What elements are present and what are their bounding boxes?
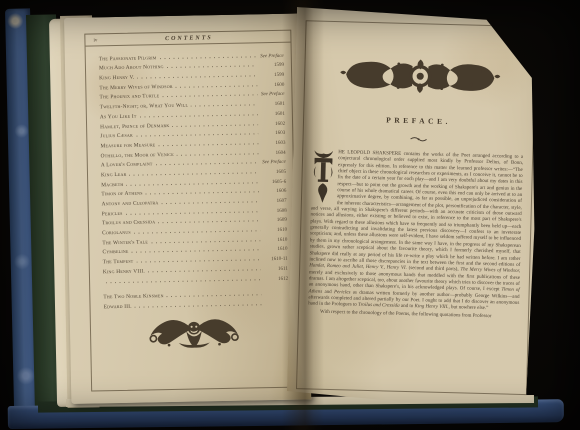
play-title: Much Ado About Nothing: [99, 64, 164, 71]
play-date: 1611: [264, 267, 288, 272]
dot-leader: [106, 279, 261, 283]
play-title: King Henry V.: [99, 75, 134, 82]
dot-leader: [135, 304, 262, 307]
preface-text-segment: King Henry VIII.,: [414, 304, 449, 310]
play-date: 1610-11: [264, 257, 288, 262]
play-date: 1612: [264, 276, 288, 281]
play-date: 1601: [261, 112, 285, 117]
preface-paragraph: HE LEOPOLD SHAKSPERE contains the works …: [308, 149, 523, 313]
play-title: Antony and Cleopatra: [102, 200, 159, 207]
play-title: Cymbeline: [102, 249, 128, 255]
play-date: See Preface: [260, 53, 284, 58]
play-date: 1606: [262, 189, 286, 194]
squiggle-divider-icon: [409, 136, 427, 142]
play-date: 1603: [261, 131, 285, 136]
play-title: Julius Cæsar: [100, 133, 133, 140]
play-title: Macbeth: [101, 182, 123, 188]
preface-page: PREFACE.: [287, 7, 557, 406]
preface-heading: PREFACE.: [304, 113, 533, 128]
play-date: 1609: [263, 218, 287, 223]
drop-cap-initial: [311, 149, 335, 204]
play-title: The Passionate Pilgrim: [99, 55, 157, 62]
preface-text-segment: Pericles: [334, 290, 351, 295]
play-date: 1610: [263, 238, 287, 243]
play-title: As You Like It: [100, 113, 137, 120]
play-date: 1602: [261, 121, 285, 126]
play-date: 1610: [263, 247, 287, 252]
play-title: A Lover's Complaint: [101, 162, 153, 169]
preface-text-segment: The Merry Wives of Windsor,: [460, 268, 520, 275]
play-title: The Winter's Tale: [102, 239, 148, 246]
play-title: Timon of Athens: [101, 191, 142, 198]
play-date: 1608: [263, 208, 287, 213]
book-photo: iv CONTENTS The Passionate Pilgrim See P…: [0, 0, 580, 430]
dot-leader: [191, 104, 258, 106]
play-date: 1607: [263, 199, 287, 204]
play-date: See Preface: [262, 160, 286, 165]
dot-leader: [177, 153, 259, 156]
play-date: 1599: [260, 63, 284, 68]
play-date: 1599: [260, 73, 284, 78]
preface-text-segment: Troilus and Cressida: [358, 303, 400, 309]
headpiece-ornament: [305, 53, 535, 104]
preface-text-segment: but nowhere else.”: [450, 305, 489, 311]
headpiece-floral-icon: [335, 54, 504, 98]
drop-cap-t-icon: [311, 149, 335, 204]
play-date: 1610: [263, 228, 287, 233]
folio-number: iv: [93, 38, 113, 43]
play-title: Troilus and Cressida: [102, 220, 155, 227]
contents-page: iv CONTENTS The Passionate Pilgrim See P…: [64, 13, 311, 404]
play-title: King Henry VIII.: [103, 268, 145, 275]
play-date: 1605-6: [262, 179, 286, 184]
play-date: 1601: [261, 102, 285, 107]
preface-frame: PREFACE.: [296, 20, 537, 395]
play-title: Measure for Measure: [100, 142, 155, 149]
play-title: The Phoenix and Turtle: [99, 94, 159, 101]
play-date: 1603: [261, 141, 285, 146]
contents-list: The Passionate Pilgrim See Preface Much …: [86, 43, 296, 311]
preface-divider-ornament: [303, 126, 532, 150]
preface-text-segment: and to: [400, 304, 415, 309]
contents-frame: iv CONTENTS The Passionate Pilgrim See P…: [84, 30, 298, 392]
play-date: 1605: [262, 170, 286, 175]
preface-text-segment: (second and third parts),: [407, 266, 461, 272]
play-date: 1604: [262, 150, 286, 155]
contents-heading: CONTENTS: [113, 34, 284, 43]
play-title: King Lear: [101, 172, 127, 178]
dot-leader: [176, 85, 258, 88]
tailpiece-scroll-icon: [144, 315, 243, 350]
play-date: 1600: [260, 83, 284, 88]
preface-text-segment: and: [322, 289, 334, 294]
play-title: Coriolanus: [102, 230, 131, 237]
play-date: See Preface: [260, 92, 284, 97]
play-title: Edward III.: [104, 304, 132, 311]
tailpiece-ornament: [91, 313, 297, 355]
play-title: The Tempest: [103, 259, 134, 266]
play-title: Pericles: [102, 211, 123, 217]
preface-text-segment: HE LEOPOLD SHAKSPERE contains the works …: [309, 150, 523, 268]
play-title: The Two Noble Kinsmen: [103, 293, 163, 300]
